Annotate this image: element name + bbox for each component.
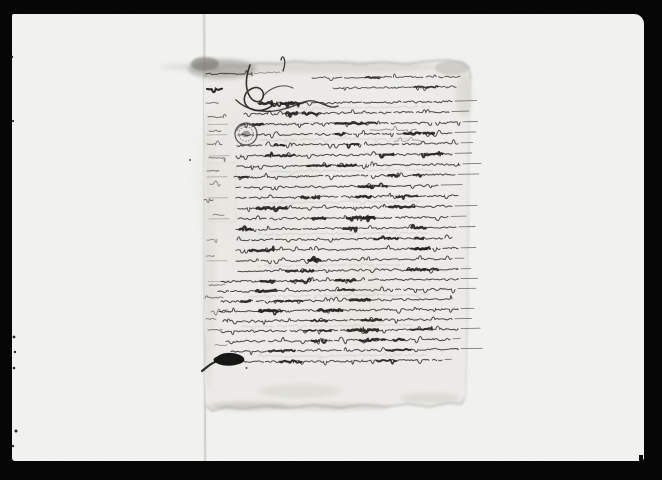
- scan-viewport: [0, 0, 662, 480]
- manuscript-scan: [0, 0, 662, 480]
